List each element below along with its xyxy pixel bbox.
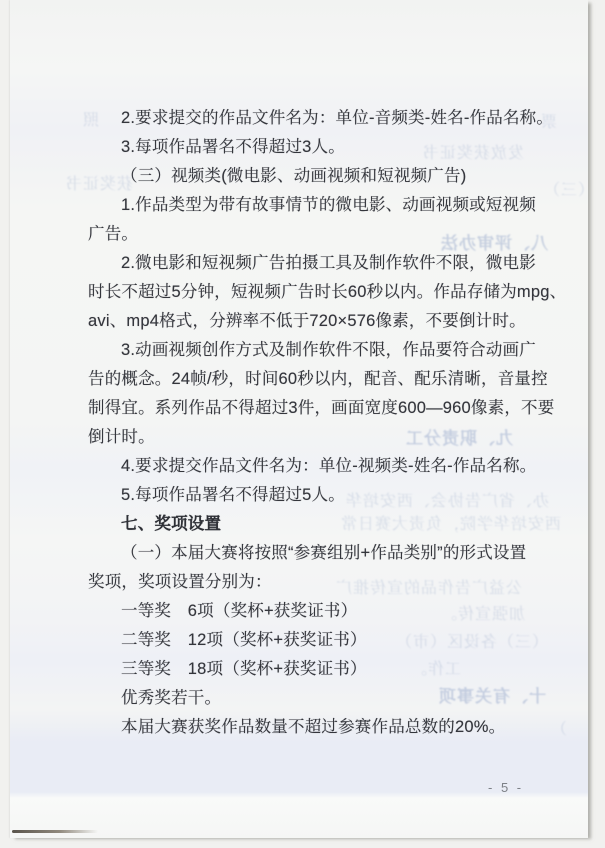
doc-line: 2.微电影和短视频广告拍摄工具及制作软件不限，微电影	[88, 249, 566, 278]
doc-line: （一）本届大赛将按照“参赛组别+作品类别”的形式设置	[88, 539, 566, 568]
doc-line: 奖项，奖项设置分别为：	[88, 568, 566, 597]
doc-line: 4.要求提交作品文件名为：单位-视频类-姓名-作品名称。	[88, 452, 566, 481]
doc-line: 1.作品类型为带有故事情节的微电影、动画视频或短视频	[88, 191, 566, 220]
doc-line: 本届大赛获奖作品数量不超过参赛作品总数的20%。	[88, 713, 566, 742]
doc-line-award-second: 二等奖 12项（奖杯+获奖证书）	[88, 626, 566, 655]
scanned-document-page: 照 票 发放获奖证书 获奖证书 （三） 八、评审办法 九、职责分工 办、省广告协…	[10, 0, 588, 838]
section-heading-awards: 七、奖项设置	[88, 510, 566, 539]
document-body: 2.要求提交的作品文件名为：单位-音频类-姓名-作品名称。 3.每项作品署名不得…	[88, 104, 566, 742]
doc-line: 倒计时。	[88, 423, 566, 452]
doc-line: （三）视频类(微电影、动画视频和短视频广告)	[88, 162, 566, 191]
doc-line: 优秀奖若干。	[88, 684, 566, 713]
doc-line-award-third: 三等奖 18项（奖杯+获奖证书）	[88, 655, 566, 684]
doc-line: 3.每项作品署名不得超过3人。	[88, 133, 566, 162]
doc-line: 2.要求提交的作品文件名为：单位-音频类-姓名-作品名称。	[88, 104, 566, 133]
scan-edge-artifact	[12, 830, 98, 833]
doc-line: avi、mp4格式，分辨率不低于720×576像素，不要倒计时。	[88, 307, 566, 336]
page-number: - 5 -	[488, 780, 524, 795]
doc-line: 制得宜。系列作品不得超过3件，画面宽度600—960像素，不要	[88, 394, 566, 423]
doc-line: 告的概念。24帧/秒，时间60秒以内，配音、配乐清晰，音量控	[88, 365, 566, 394]
doc-line: 3.动画视频创作方式及制作软件不限，作品要符合动画广	[88, 336, 566, 365]
doc-line: 时长不超过5分钟，短视频广告时长60秒以内。作品存储为mpg、	[88, 278, 566, 307]
doc-line-award-first: 一等奖 6项（奖杯+获奖证书）	[88, 597, 566, 626]
doc-line: 5.每项作品署名不得超过5人。	[88, 481, 566, 510]
scanner-background: 照 票 发放获奖证书 获奖证书 （三） 八、评审办法 九、职责分工 办、省广告协…	[0, 0, 605, 848]
doc-line: 广告。	[88, 220, 566, 249]
